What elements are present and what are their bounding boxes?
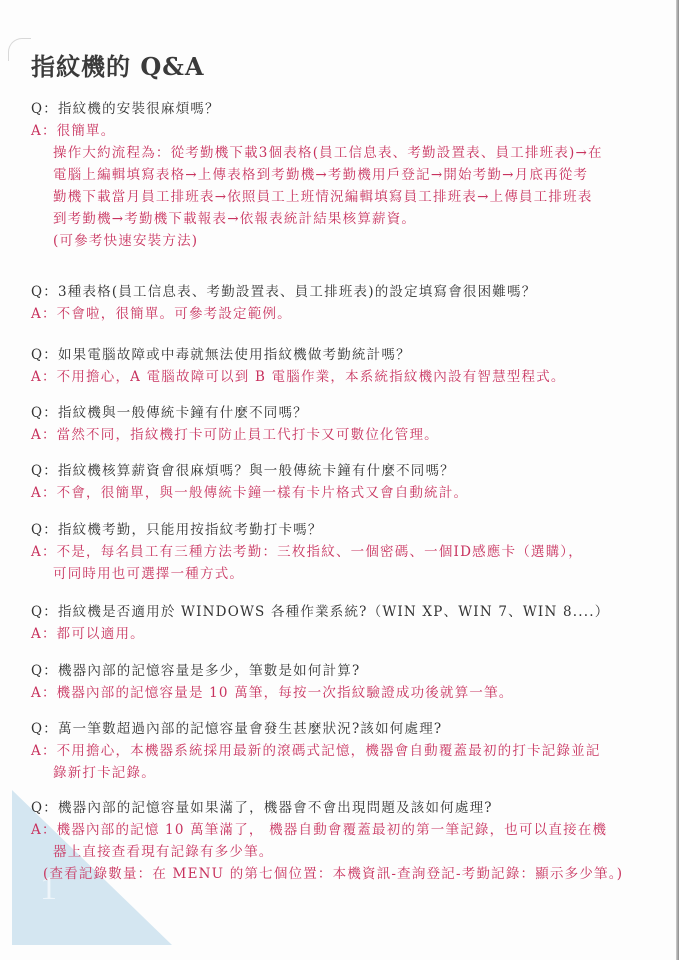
answer-continuation: 到考勤機→考勤機下載報表→依報表統計結果核算薪資。 — [31, 208, 603, 230]
answer: A：機器內部的記憶容量是 10 萬筆，每按一次指紋驗證成功後就算一筆。 — [31, 682, 514, 704]
answer: A：都可以適用。 — [31, 623, 609, 645]
question: Q：指紋機的安裝很麻煩嗎？ — [31, 98, 603, 120]
answer-continuation: 操作大約流程為：從考勤機下載3個表格(員工信息表、考勤設置表、員工排班表)→在 — [31, 142, 603, 164]
qa-item-vs-time-clock: Q：指紋機與一般傳統卡鐘有什麼不同嗎？ A：當然不同，指紋機打卡可防止員工代打卡… — [31, 402, 439, 446]
qa-item-forms: Q：3種表格(員工信息表、考勤設置表、員工排班表)的設定填寫會很困難嗎？ A：不… — [31, 281, 536, 325]
qa-item-memory-capacity: Q：機器內部的記憶容量是多少，筆數是如何計算? A：機器內部的記憶容量是 10 … — [31, 660, 514, 704]
page-corner-curl — [8, 38, 31, 61]
answer: A：不用擔心，A 電腦故障可以到 B 電腦作業，本系統指紋機內設有智慧型程式。 — [31, 366, 566, 388]
answer-continuation: 勤機下載當月員工排班表→依照員工上班情況編輯填寫員工排班表→上傳員工排班表 — [31, 186, 603, 208]
answer: A：不會啦，很簡單。可參考設定範例。 — [31, 303, 536, 325]
qa-item-attendance-methods: Q：指紋機考勤，只能用按指紋考勤打卡嗎？ A：不是，每名員工有三種方法考勤：三枚… — [31, 519, 583, 585]
question: Q：3種表格(員工信息表、考勤設置表、員工排班表)的設定填寫會很困難嗎？ — [31, 281, 536, 303]
qa-item-memory-full: Q：機器內部的記憶容量如果滿了，機器會不會出現問題及該如何處理? A：機器內部的… — [31, 797, 623, 885]
question: Q：機器內部的記憶容量是多少，筆數是如何計算? — [31, 660, 514, 682]
question: Q：萬一筆數超過內部的記憶容量會發生甚麼狀況?該如何處理? — [31, 718, 601, 740]
qa-item-payroll: Q：指紋機核算薪資會很麻煩嗎？與一般傳統卡鐘有什麼不同嗎？ A：不會，很簡單，與… — [31, 460, 468, 504]
question: Q：指紋機是否適用於 WINDOWS 各種作業系統?（WIN XP、WIN 7、… — [31, 601, 609, 623]
answer: A：不會，很簡單，與一般傳統卡鐘一樣有卡片格式又會自動統計。 — [31, 482, 468, 504]
question: Q：指紋機核算薪資會很麻煩嗎？與一般傳統卡鐘有什麼不同嗎？ — [31, 460, 468, 482]
answer-continuation: 錄新打卡記錄。 — [31, 762, 601, 784]
answer: A：很簡單。 — [31, 120, 603, 142]
answer-continuation: (查看記錄數量：在 MENU 的第七個位置：本機資訊-查詢登記-考勤記錄：顯示多… — [31, 863, 623, 885]
question: Q：機器內部的記憶容量如果滿了，機器會不會出現問題及該如何處理? — [31, 797, 623, 819]
answer: A：不用擔心，本機器系統採用最新的滾碼式記憶，機器會自動覆蓋最初的打卡記錄並記 — [31, 740, 601, 762]
document-page: 1 指紋機的 Q&A Q：指紋機的安裝很麻煩嗎？ A：很簡單。 操作大約流程為：… — [0, 0, 679, 960]
answer: A：當然不同，指紋機打卡可防止員工代打卡又可數位化管理。 — [31, 424, 439, 446]
qa-item-computer-failure: Q：如果電腦故障或中毒就無法使用指紋機做考勤統計嗎？ A：不用擔心，A 電腦故障… — [31, 344, 566, 388]
answer-continuation: 器上直接查看現有記錄有多少筆。 — [31, 841, 623, 863]
answer-continuation: 可同時用也可選擇一種方式。 — [31, 563, 583, 585]
qa-item-windows-support: Q：指紋機是否適用於 WINDOWS 各種作業系統?（WIN XP、WIN 7、… — [31, 601, 609, 645]
answer-continuation: 電腦上編輯填寫表格→上傳表格到考勤機→考勤機用戶登記→開始考勤→月底再從考 — [31, 164, 603, 186]
question: Q：如果電腦故障或中毒就無法使用指紋機做考勤統計嗎？ — [31, 344, 566, 366]
answer: A：不是，每名員工有三種方法考勤：三枚指紋、一個密碼、一個ID感應卡（選購）， — [31, 541, 583, 563]
qa-item-memory-overflow: Q：萬一筆數超過內部的記憶容量會發生甚麼狀況?該如何處理? A：不用擔心，本機器… — [31, 718, 601, 784]
qa-item-install: Q：指紋機的安裝很麻煩嗎？ A：很簡單。 操作大約流程為：從考勤機下載3個表格(… — [31, 98, 603, 252]
answer: A：機器內部的記憶 10 萬筆滿了， 機器自動會覆蓋最初的第一筆記錄，也可以直接… — [31, 819, 623, 841]
question: Q：指紋機考勤，只能用按指紋考勤打卡嗎？ — [31, 519, 583, 541]
page-title: 指紋機的 Q&A — [31, 47, 205, 82]
question: Q：指紋機與一般傳統卡鐘有什麼不同嗎？ — [31, 402, 439, 424]
answer-continuation: (可參考快速安裝方法) — [31, 230, 603, 252]
